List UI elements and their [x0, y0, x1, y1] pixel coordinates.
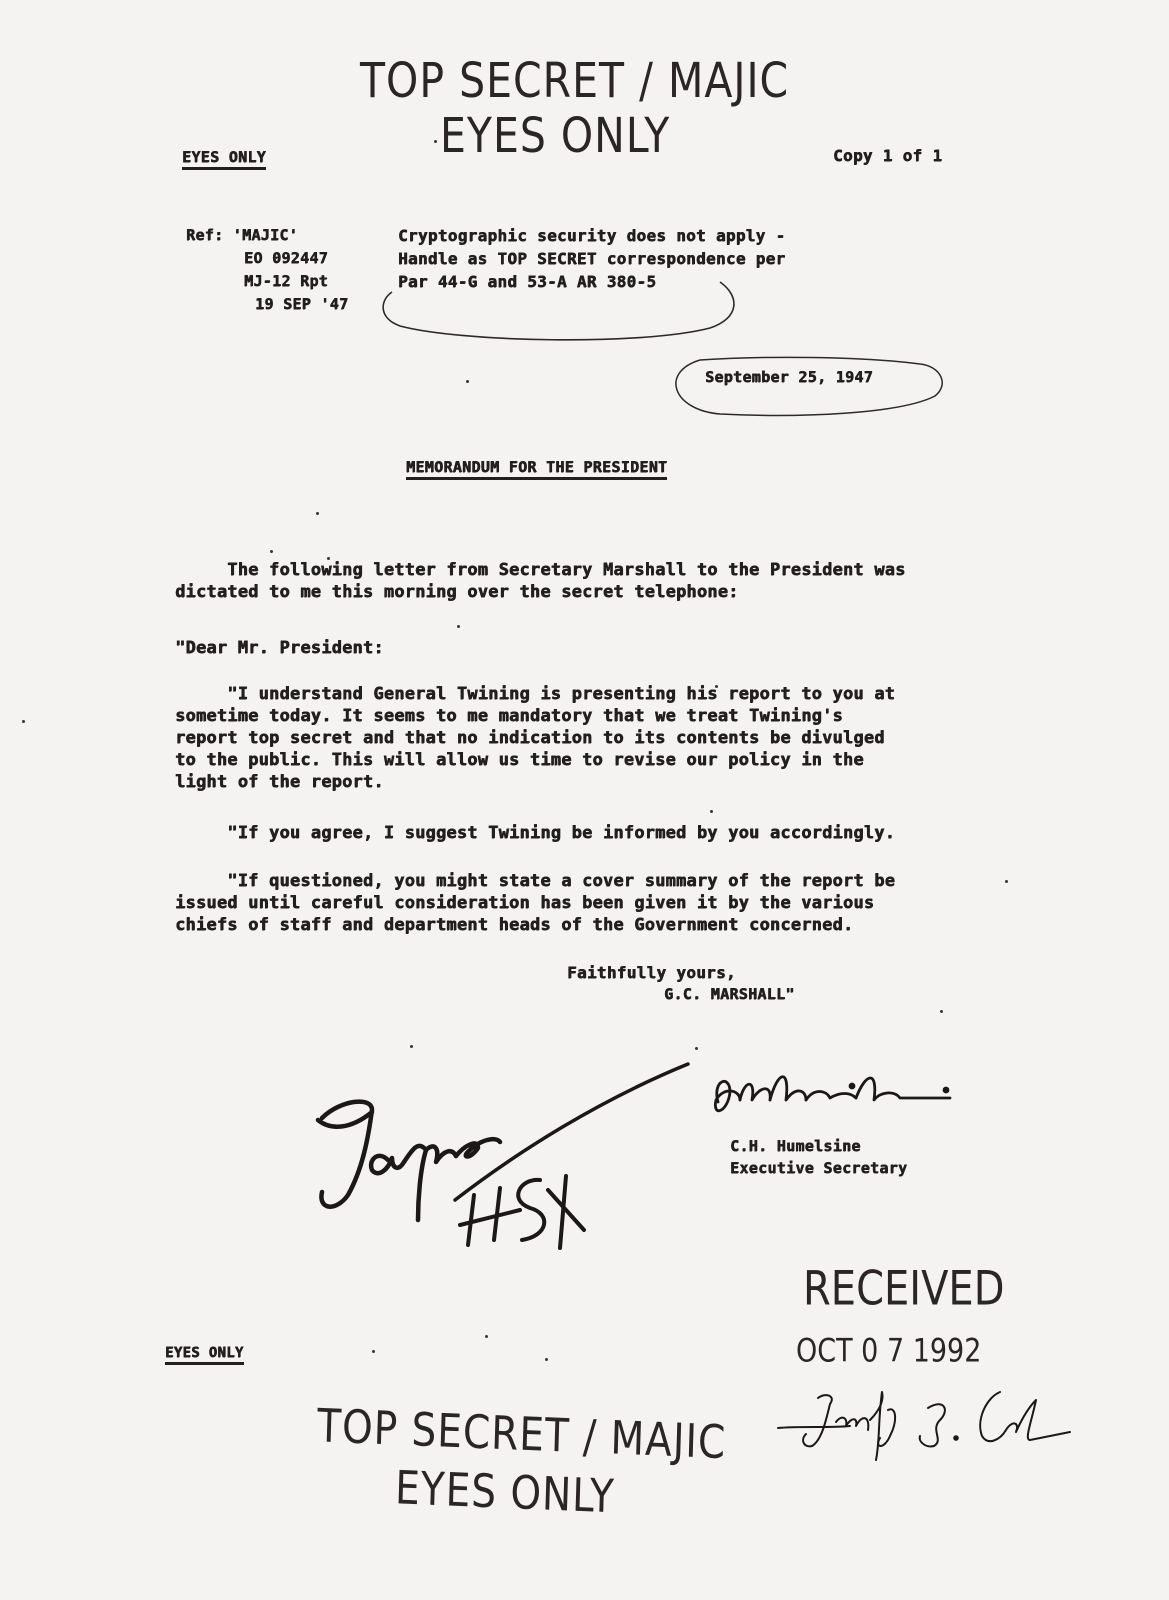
reference-line-2: EO 092447	[244, 249, 328, 267]
scan-speck	[710, 810, 713, 813]
scan-speck	[410, 1045, 413, 1048]
scan-speck	[270, 550, 273, 553]
scan-speck	[434, 140, 437, 143]
scan-speck	[327, 557, 330, 560]
eyes-only-tag-top: EYES ONLY	[182, 148, 266, 170]
body-paragraph-3: "If questioned, you might state a cover …	[175, 870, 895, 936]
body-intro: The following letter from Secretary Mars…	[175, 559, 905, 603]
scan-speck	[466, 380, 469, 383]
reference-line-4: 19 SEP '47	[255, 295, 348, 313]
signature-block-title: Executive Secretary	[730, 1159, 907, 1177]
scan-speck	[316, 512, 319, 515]
signature-humelsine	[715, 1077, 950, 1111]
top-classification-line2: EYES ONLY	[440, 107, 670, 164]
reference-line-3: MJ-12 Rpt	[244, 272, 328, 290]
body-paragraph-1: "I understand General Twining is present…	[175, 683, 895, 793]
scan-speck	[1005, 880, 1008, 883]
memo-date: September 25, 1947	[705, 368, 873, 386]
bottom-classification-line2: EYES ONLY	[394, 1462, 615, 1524]
top-classification-line1: TOP SECRET / MAJIC	[360, 52, 789, 109]
handling-note-line-1: Cryptographic security does not apply -	[398, 226, 785, 245]
scan-speck	[485, 1335, 488, 1338]
body-salutation: "Dear Mr. President:	[175, 637, 384, 659]
reference-line-1: Ref: 'MAJIC'	[186, 226, 298, 244]
scan-speck	[457, 625, 460, 628]
received-stamp-date: OCT 0 7 1992	[796, 1333, 981, 1370]
scan-speck	[372, 1350, 375, 1353]
memo-subject: MEMORANDUM FOR THE PRESIDENT	[406, 458, 667, 480]
body-paragraph-2: "If you agree, I suggest Twining be info…	[175, 822, 895, 844]
closing-complimentary: Faithfully yours,	[567, 963, 736, 982]
handling-note-line-2: Handle as TOP SECRET correspondence per	[398, 249, 785, 268]
memo-page: TOP SECRET / MAJIC EYES ONLY EYES ONLY C…	[0, 0, 1169, 1600]
scan-speck	[695, 1047, 698, 1050]
scan-speck	[545, 1358, 548, 1361]
received-stamp-label: RECEIVED	[803, 1262, 1005, 1316]
scan-speck	[715, 685, 718, 688]
signature-jaque	[318, 1064, 688, 1220]
signature-block-name: C.H. Humelsine	[730, 1137, 861, 1155]
bottom-classification-line1: TOP SECRET / MAJIC	[316, 1400, 726, 1470]
scan-speck	[22, 720, 25, 723]
closing-signer: G.C. MARSHALL"	[664, 985, 795, 1003]
signature-cooper	[778, 1392, 1070, 1460]
eyes-only-tag-bottom: EYES ONLY	[165, 1345, 244, 1365]
handling-note-line-3: Par 44-G and 53-A AR 380-5	[398, 272, 656, 291]
copy-number: Copy 1 of 1	[833, 146, 942, 165]
signature-hst-initials	[460, 1176, 584, 1248]
ink-circle-date	[676, 357, 942, 415]
scan-speck	[940, 1010, 943, 1013]
